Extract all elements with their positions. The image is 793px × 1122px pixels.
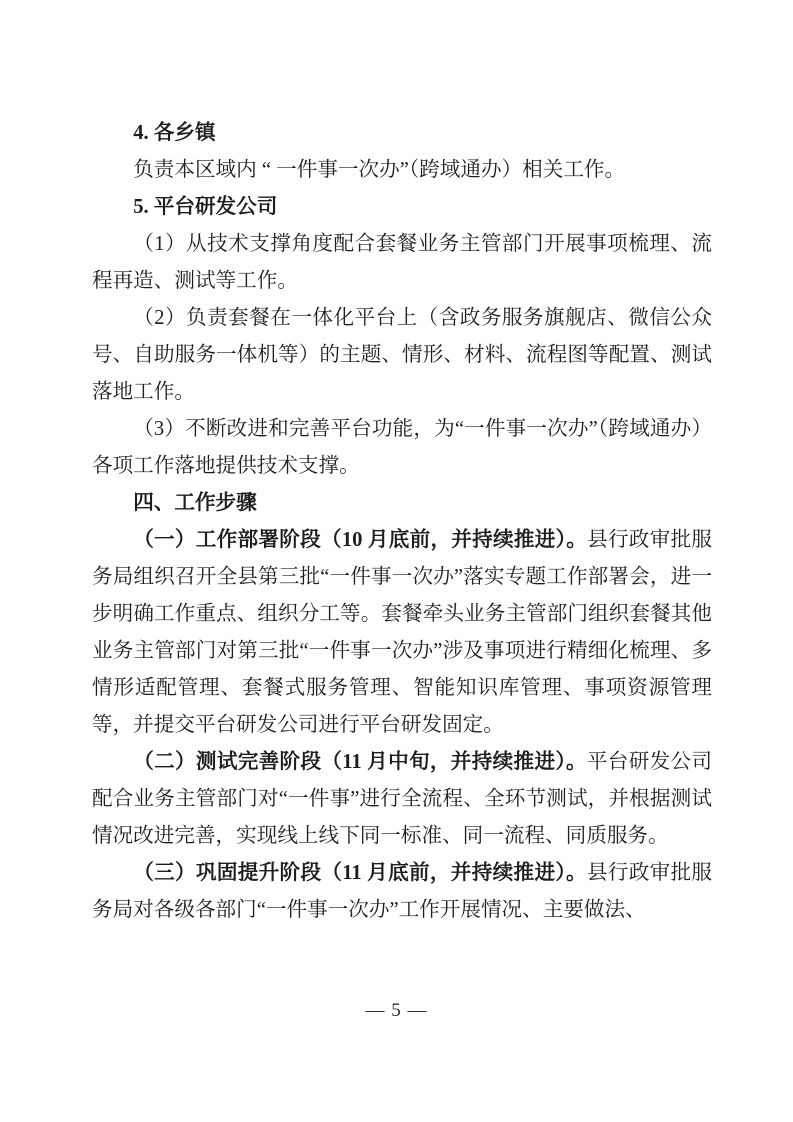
section-heading: 5. 平台研发公司 (92, 189, 712, 226)
paragraph: （二）测试完善阶段（11 月中旬，并持续推进）。平台研发公司配合业务主管部门对“… (92, 744, 712, 855)
document-page: 4. 各乡镇负责本区域内 “ 一件事一次办”（跨域通办）相关工作。5. 平台研发… (0, 0, 793, 1122)
text-segment: 县行政审批服务局组织召开全县第三批“一件事一次办”落实专题工作部署会，进一步明确… (92, 529, 712, 736)
section-heading: 4. 各乡镇 (92, 115, 712, 152)
paragraph: 负责本区域内 “ 一件事一次办”（跨域通办）相关工作。 (92, 152, 712, 189)
text-segment: （三）巩固提升阶段（11 月底前，并持续推进）。 (133, 862, 587, 884)
paragraph: （三）巩固提升阶段（11 月底前，并持续推进）。县行政审批服务局对各级各部门“一… (92, 855, 712, 929)
section-heading: 四、工作步骤 (92, 485, 712, 522)
document-body: 4. 各乡镇负责本区域内 “ 一件事一次办”（跨域通办）相关工作。5. 平台研发… (92, 115, 712, 929)
text-segment: （一）工作部署阶段（10 月底前，并持续推进）。 (133, 529, 587, 551)
paragraph: （2）负责套餐在一体化平台上（含政务服务旗舰店、微信公众号、自助服务一体机等）的… (92, 300, 712, 411)
text-segment: （二）测试完善阶段（11 月中旬，并持续推进）。 (133, 751, 587, 773)
paragraph: （3）不断改进和完善平台功能，为“一件事一次办”（跨域通办）各项工作落地提供技术… (92, 411, 712, 485)
paragraph: （一）工作部署阶段（10 月底前，并持续推进）。县行政审批服务局组织召开全县第三… (92, 522, 712, 744)
paragraph: （1）从技术支撑角度配合套餐业务主管部门开展事项梳理、流程再造、测试等工作。 (92, 226, 712, 300)
text-segment: （3）不断改进和完善平台功能，为“一件事一次办”（跨域通办）各项工作落地提供技术… (92, 418, 712, 477)
text-segment: 负责本区域内 “ 一件事一次办”（跨域通办）相关工作。 (133, 159, 625, 181)
text-segment: （1）从技术支撑角度配合套餐业务主管部门开展事项梳理、流程再造、测试等工作。 (92, 233, 712, 292)
text-segment: （2）负责套餐在一体化平台上（含政务服务旗舰店、微信公众号、自助服务一体机等）的… (92, 307, 712, 403)
page-number: — 5 — (0, 1000, 793, 1022)
